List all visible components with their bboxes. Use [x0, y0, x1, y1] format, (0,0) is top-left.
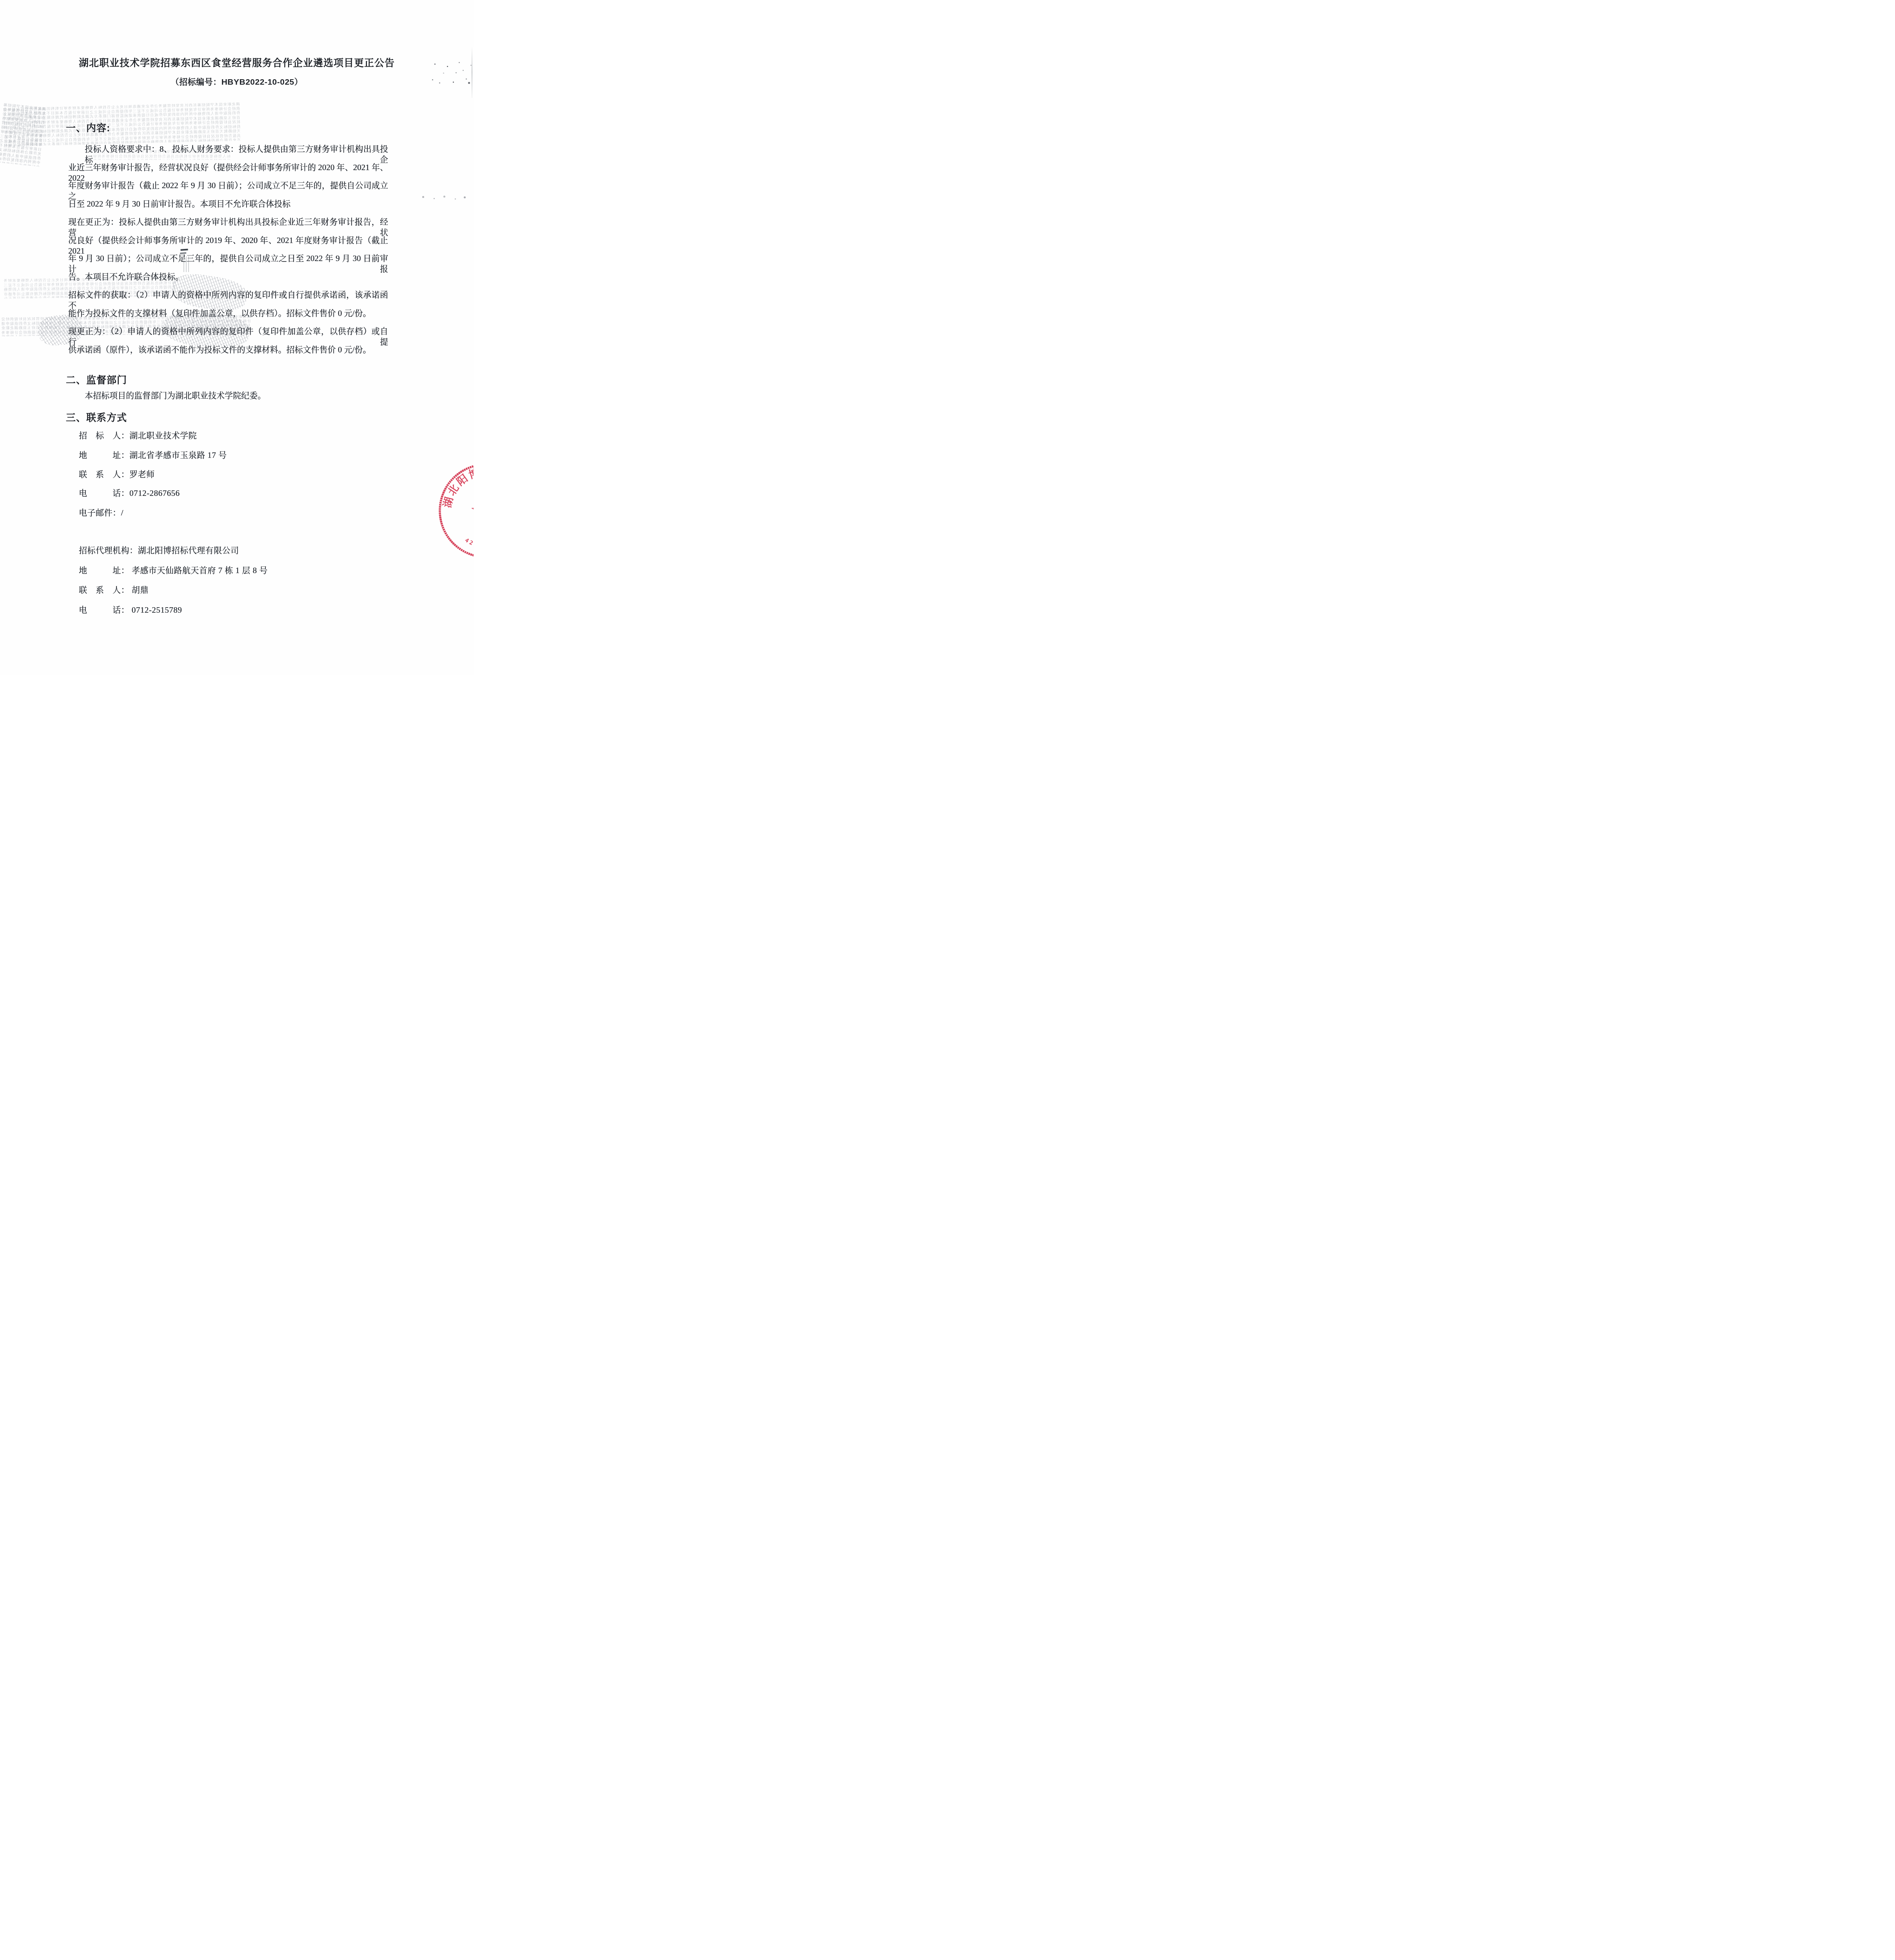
- contact-address-1: 地 址：湖北省孝感市玉泉路 17 号: [79, 449, 227, 461]
- section-heading-supervision: 二、监督部门: [66, 372, 127, 387]
- seal-serial-number: 4209021: [463, 534, 474, 552]
- scanner-noise-dots: [420, 196, 421, 197]
- paragraph-line: 日至 2022 年 9 月 30 日前审计报告。本项目不允许联合体投标: [68, 199, 388, 209]
- contact-agency: 招标代理机构：湖北阳博招标代理有限公司: [79, 544, 239, 556]
- contact-phone-1: 电 话：0712-2867656: [79, 487, 180, 499]
- contact-person-1: 联 系 人：罗老师: [79, 468, 155, 480]
- scanned-document-page: 湖北职业技术学院招募东西区食堂经营服务合作企业遴选项目更正公告投标人资格要求财务…: [0, 0, 474, 675]
- supervision-text: 本招标项目的监督部门为湖北职业技术学院纪委。: [68, 390, 388, 401]
- page-edge-shadow: [472, 46, 472, 98]
- contact-phone-2: 电 话： 0712-2515789: [79, 604, 182, 615]
- contact-address-2: 地 址： 孝感市天仙路航天首府 7 栋 1 层 8 号: [79, 564, 268, 576]
- red-company-seal: 湖北阳博招标代理有限公司 4209021: [427, 451, 474, 570]
- paragraph-line: 年 9 月 30 日前）；公司成立不足三年的，提供自公司成立之日至 2022 年…: [68, 253, 388, 274]
- contact-email: 电子邮件：/: [79, 506, 123, 518]
- paragraph-line: 现在更正为：投标人提供由第三方财务审计机构出具投标企业近三年财务审计报告，经营状: [68, 217, 388, 238]
- paragraph-line: 投标人资格要求中：8、投标人财务要求：投标人提供由第三方财务审计机构出具投标企: [68, 144, 388, 165]
- bleedthrough-blob-left: 湖北职业技术学院招募东西区食堂经营服务合作企业遴选项目更正公告投标人资格要求财务…: [0, 103, 46, 167]
- paragraph-line: 能作为投标文件的支撑材料（复印件加盖公章，以供存档）。招标文件售价 0 元/份。: [68, 308, 388, 319]
- contact-tenderer: 招 标 人：湖北职业技术学院: [79, 429, 197, 441]
- section-heading-content: 一、内容:: [66, 120, 110, 134]
- contact-person-2: 联 系 人： 胡鼎: [79, 584, 149, 595]
- document-title: 湖北职业技术学院招募东西区食堂经营服务合作企业遴选项目更正公告: [0, 55, 474, 69]
- tender-number: （招标编号：HBYB2022-10-025）: [0, 76, 474, 87]
- paragraph-line: 年度财务审计报告（截止 2022 年 9 月 30 日前）；公司成立不足三年的，…: [68, 180, 388, 201]
- paragraph-line: 现更正为：（2）申请人的资格中所列内容的复印件（复印件加盖公章，以供存档）或自行…: [68, 326, 388, 347]
- section-heading-contact: 三、联系方式: [66, 410, 127, 424]
- seal-star-icon: [470, 495, 474, 525]
- paragraph-line: 告。本项目不允许联合体投标。: [68, 272, 388, 282]
- paragraph-line: 招标文件的获取：（2）申请人的资格中所列内容的复印件或自行提供承诺函，该承诺函不: [68, 290, 388, 311]
- paragraph-line: 供承诺函（原件），该承诺函不能作为投标文件的支撑材料。招标文件售价 0 元/份。: [68, 345, 388, 355]
